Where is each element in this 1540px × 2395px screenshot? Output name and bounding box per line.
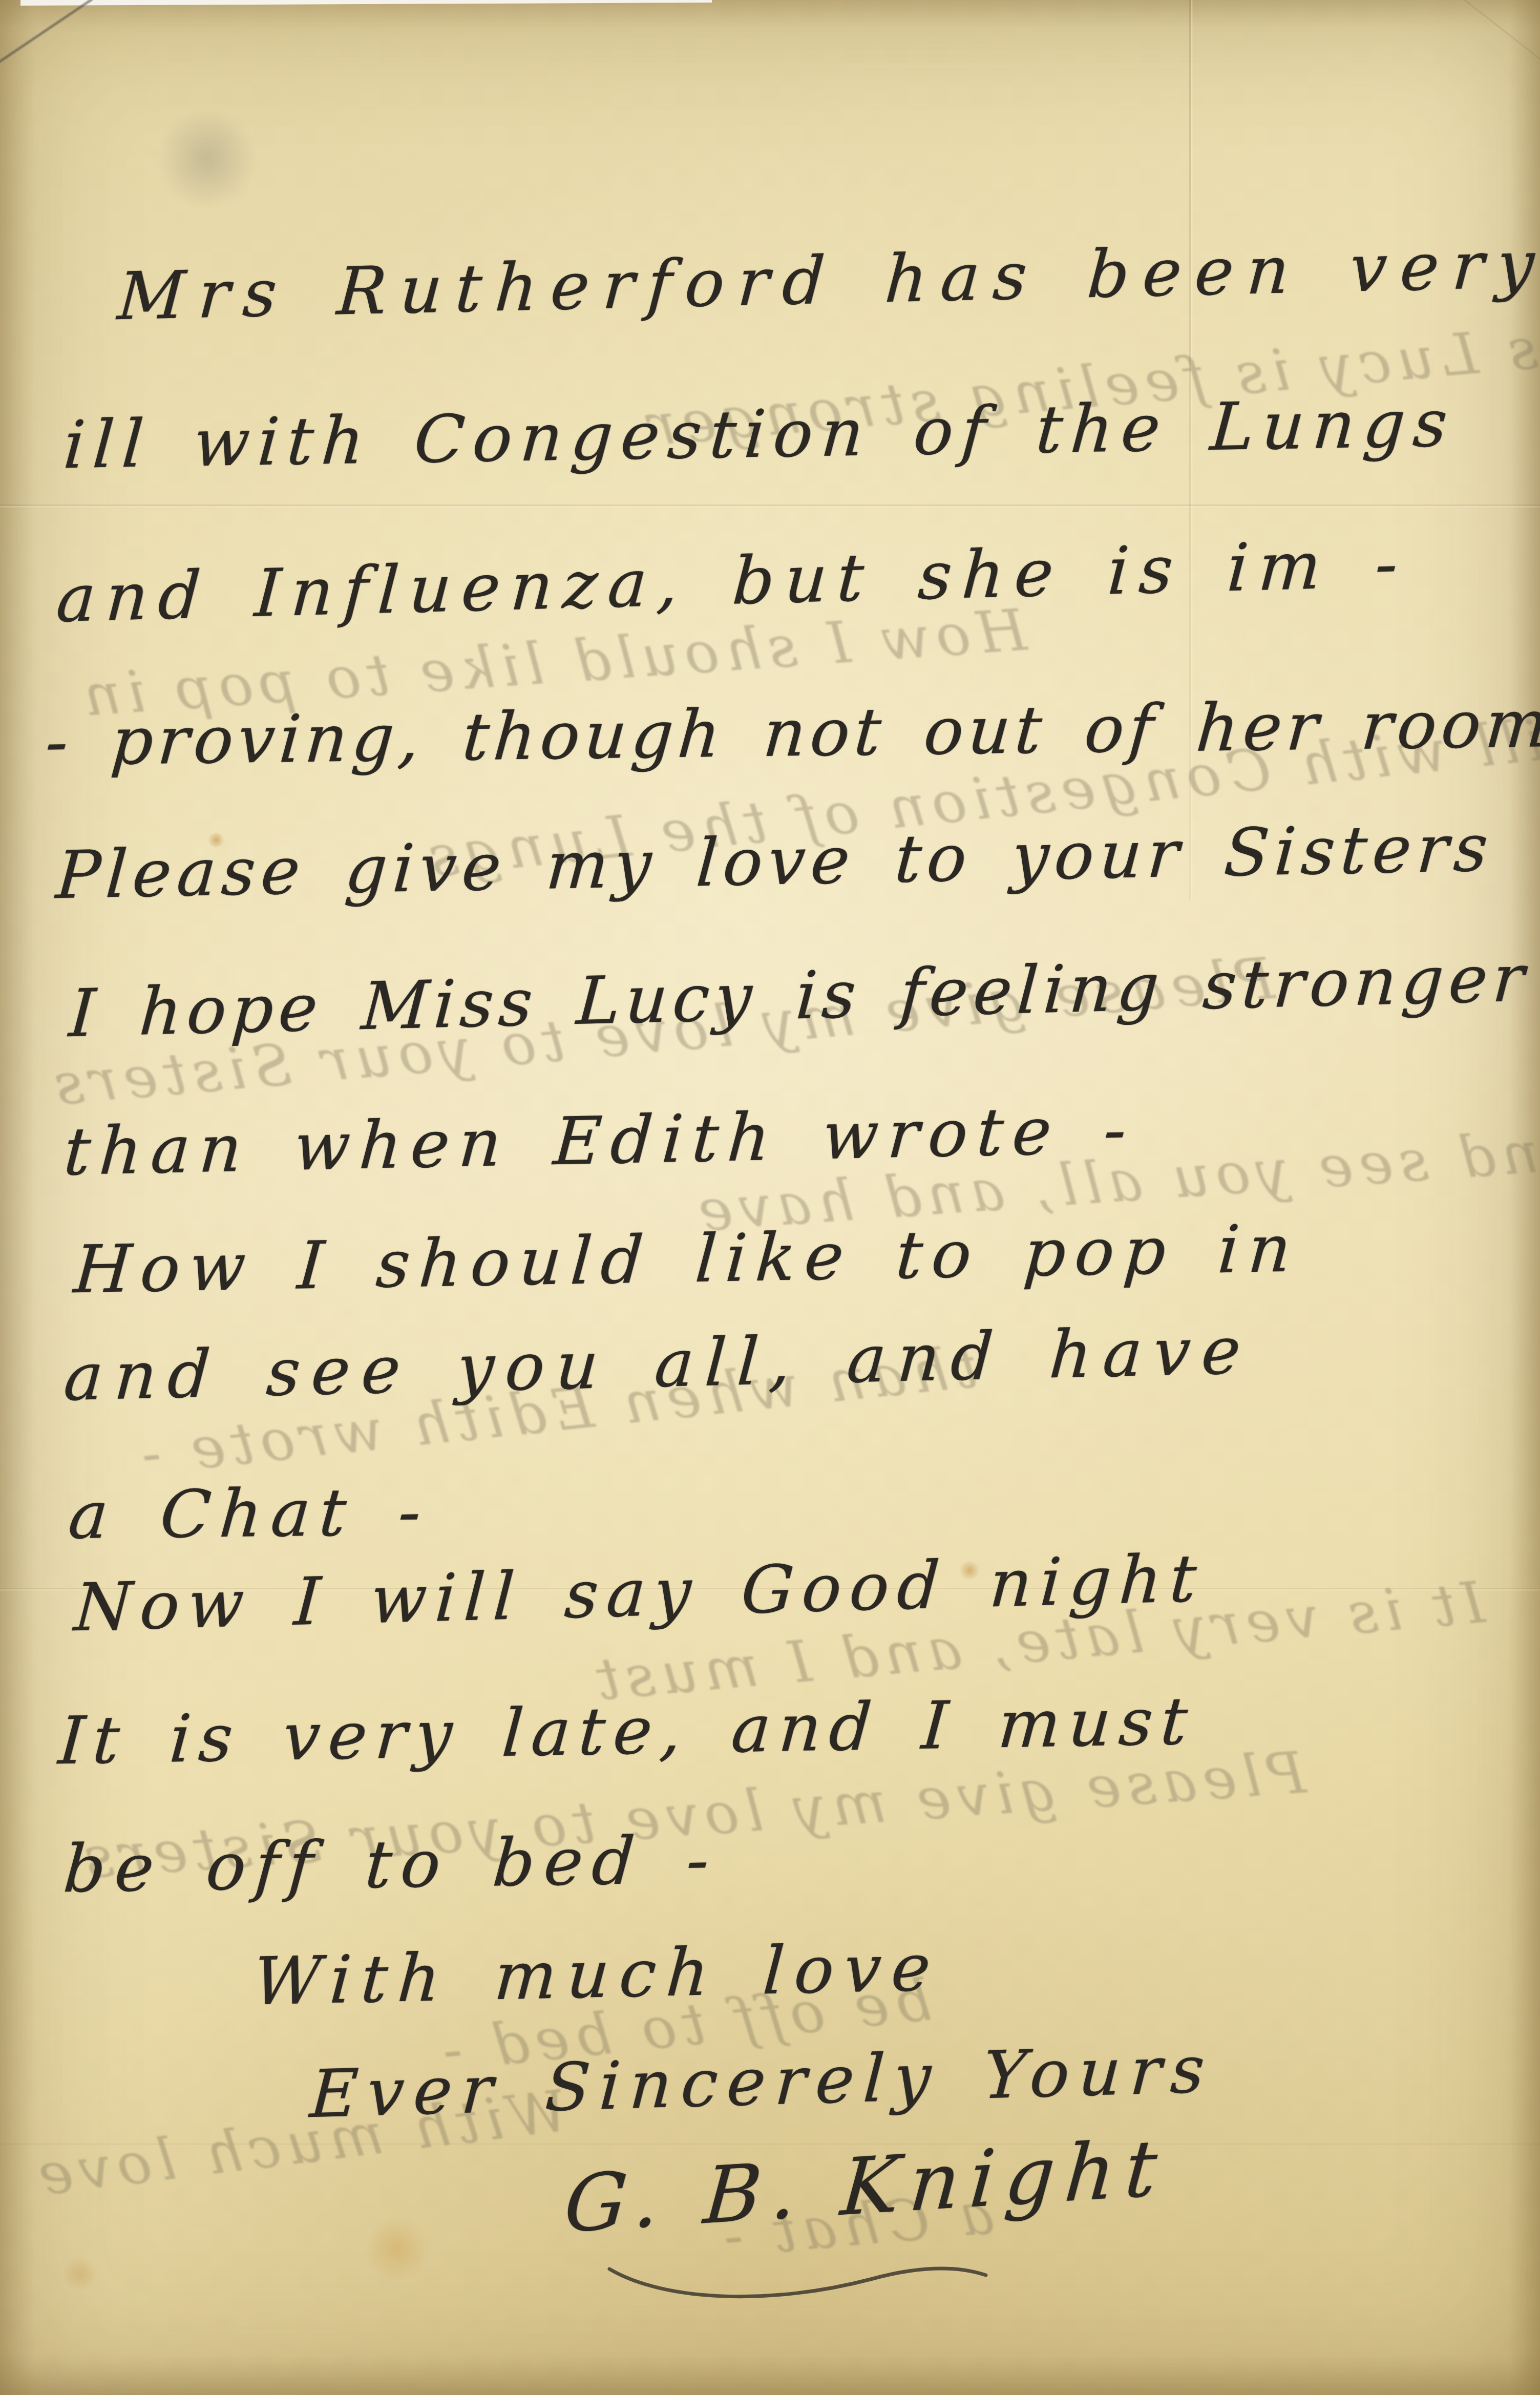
letter-line: a Chat - xyxy=(66,1474,433,1554)
edge-vignette xyxy=(0,0,1540,2395)
pencil-mark xyxy=(0,0,93,66)
letter-line: Mrs Rutherford has been very xyxy=(115,226,1540,335)
letter-line: I hope Miss Lucy is feeling stronger xyxy=(67,940,1532,1052)
letter-line: Now I will say Good night xyxy=(72,1540,1207,1646)
letter-line: be off to bed - xyxy=(61,1822,721,1907)
stain-spot xyxy=(364,2218,430,2279)
fold-crease-corner xyxy=(1384,0,1540,96)
scan-edge-sliver xyxy=(20,0,712,6)
closing-line: With much love xyxy=(251,1929,943,2020)
closing-line: Ever Sincerely Yours xyxy=(308,2031,1216,2133)
signature: G. B. Knight xyxy=(561,2122,1170,2250)
signature-flourish xyxy=(604,2249,994,2310)
letter-line: and see you all, and have xyxy=(61,1312,1254,1416)
stain-spot xyxy=(154,113,261,205)
letter-page: I hope Miss Lucy is feeling stronger How… xyxy=(0,0,1540,2395)
letter-line: It is very late, and I must xyxy=(56,1683,1198,1779)
fold-crease-horizontal-3 xyxy=(0,2144,1540,2145)
fold-crease-horizontal-1 xyxy=(0,505,1540,506)
letter-line: Please give my love to your Sisters xyxy=(54,810,1496,914)
letter-line: How I should like to pop in xyxy=(72,1210,1303,1308)
letter-line: ill with Congestion of the Lungs xyxy=(61,385,1458,484)
stain-spot xyxy=(61,2259,97,2289)
letter-line: than when Edith wrote - xyxy=(61,1091,1137,1190)
letter-line: - proving, though not out of her room xyxy=(43,686,1540,781)
letter-line: and Influenza, but she is im - xyxy=(54,526,1410,637)
